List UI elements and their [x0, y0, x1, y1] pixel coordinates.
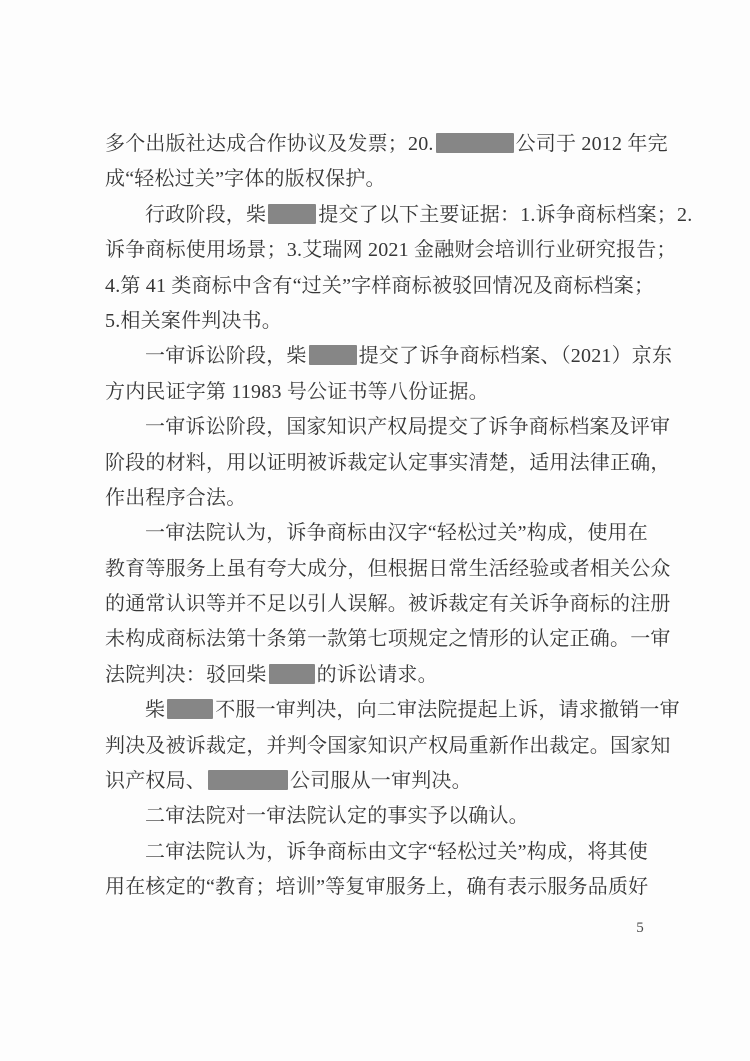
document-line: 二审法院认为，诉争商标由文字“轻松过关”构成，将其使: [105, 835, 649, 870]
text-segment: 一审诉讼阶段，国家知识产权局提交了诉争商标档案及评审: [145, 416, 670, 438]
redaction-box: [208, 770, 288, 790]
document-line: 方内民证字第 11983 号公证书等八份证据。: [105, 375, 649, 410]
text-block: 多个出版社达成合作协议及发票；20.公司于 2012 年完成“轻松过关”字体的版…: [105, 127, 649, 906]
text-segment: 不服一审判决，向二审法院提起上诉，请求撤销一审: [215, 699, 680, 721]
document-line: 柴不服一审判决，向二审法院提起上诉，请求撤销一审: [105, 693, 649, 728]
text-segment: 方内民证字第 11983 号公证书等八份证据。: [105, 381, 489, 403]
text-segment: 多个出版社达成合作协议及发票；20.: [105, 133, 434, 155]
text-segment: 识产权局、: [105, 770, 206, 792]
document-line: 多个出版社达成合作协议及发票；20.公司于 2012 年完: [105, 127, 649, 162]
redaction-box: [309, 345, 357, 365]
document-line: 一审诉讼阶段，国家知识产权局提交了诉争商标档案及评审: [105, 410, 649, 445]
document-line: 识产权局、公司服从一审判决。: [105, 764, 649, 799]
text-segment: 公司于 2012 年完: [516, 133, 668, 155]
text-segment: 成“轻松过关”字体的版权保护。: [105, 168, 386, 190]
redaction-box: [268, 204, 316, 224]
text-segment: 用在核定的“教育；培训”等复审服务上，确有表示服务品质好: [105, 876, 648, 898]
document-page: 多个出版社达成合作协议及发票；20.公司于 2012 年完成“轻松过关”字体的版…: [0, 0, 750, 1061]
document-line: 作出程序合法。: [105, 481, 649, 516]
text-segment: 一审诉讼阶段，柴: [145, 345, 307, 367]
text-segment: 阶段的材料，用以证明被诉裁定认定事实清楚，适用法律正确，: [105, 452, 671, 474]
page-number: 5: [630, 920, 650, 937]
text-segment: 判决及被诉裁定，并判令国家知识产权局重新作出裁定。国家知: [105, 735, 671, 757]
text-segment: 未构成商标法第十条第一款第七项规定之情形的认定正确。一审: [105, 628, 671, 650]
text-segment: 诉争商标使用场景；3.艾瑞网 2021 金融财会培训行业研究报告；: [105, 239, 677, 261]
text-segment: 提交了以下主要证据：1.诉争商标档案；2.: [318, 204, 692, 226]
text-segment: 公司服从一审判决。: [290, 770, 472, 792]
redaction-box: [269, 664, 315, 684]
document-line: 5.相关案件判决书。: [105, 304, 649, 339]
document-line: 一审法院认为，诉争商标由汉字“轻松过关”构成，使用在: [105, 516, 649, 551]
document-line: 教育等服务上虽有夸大成分，但根据日常生活经验或者相关公众: [105, 552, 649, 587]
text-segment: 法院判决：驳回柴: [105, 664, 267, 686]
document-line: 二审法院对一审法院认定的事实予以确认。: [105, 799, 649, 834]
document-line: 成“轻松过关”字体的版权保护。: [105, 162, 649, 197]
document-line: 行政阶段，柴提交了以下主要证据：1.诉争商标档案；2.: [105, 198, 649, 233]
redaction-box: [436, 133, 514, 153]
text-segment: 4.第 41 类商标中含有“过关”字样商标被驳回情况及商标档案；: [105, 275, 654, 297]
document-line: 4.第 41 类商标中含有“过关”字样商标被驳回情况及商标档案；: [105, 269, 649, 304]
text-segment: 提交了诉争商标档案、（2021）京东: [359, 345, 673, 367]
text-segment: 的诉讼请求。: [317, 664, 438, 686]
text-segment: 5.相关案件判决书。: [105, 310, 282, 332]
text-segment: 二审法院认为，诉争商标由文字“轻松过关”构成，将其使: [145, 841, 648, 863]
text-segment: 行政阶段，柴: [145, 204, 266, 226]
document-line: 诉争商标使用场景；3.艾瑞网 2021 金融财会培训行业研究报告；: [105, 233, 649, 268]
document-line: 阶段的材料，用以证明被诉裁定认定事实清楚，适用法律正确，: [105, 446, 649, 481]
redaction-box: [167, 699, 213, 719]
document-line: 法院判决：驳回柴的诉讼请求。: [105, 658, 649, 693]
text-segment: 教育等服务上虽有夸大成分，但根据日常生活经验或者相关公众: [105, 558, 671, 580]
text-segment: 一审法院认为，诉争商标由汉字“轻松过关”构成，使用在: [145, 522, 648, 544]
text-segment: 的通常认识等并不足以引人误解。被诉裁定有关诉争商标的注册: [105, 593, 671, 615]
document-line: 的通常认识等并不足以引人误解。被诉裁定有关诉争商标的注册: [105, 587, 649, 622]
text-segment: 作出程序合法。: [105, 487, 246, 509]
document-line: 一审诉讼阶段，柴提交了诉争商标档案、（2021）京东: [105, 339, 649, 374]
document-line: 未构成商标法第十条第一款第七项规定之情形的认定正确。一审: [105, 622, 649, 657]
text-segment: 柴: [145, 699, 165, 721]
document-line: 判决及被诉裁定，并判令国家知识产权局重新作出裁定。国家知: [105, 729, 649, 764]
document-line: 用在核定的“教育；培训”等复审服务上，确有表示服务品质好: [105, 870, 649, 905]
text-segment: 二审法院对一审法院认定的事实予以确认。: [145, 805, 529, 827]
